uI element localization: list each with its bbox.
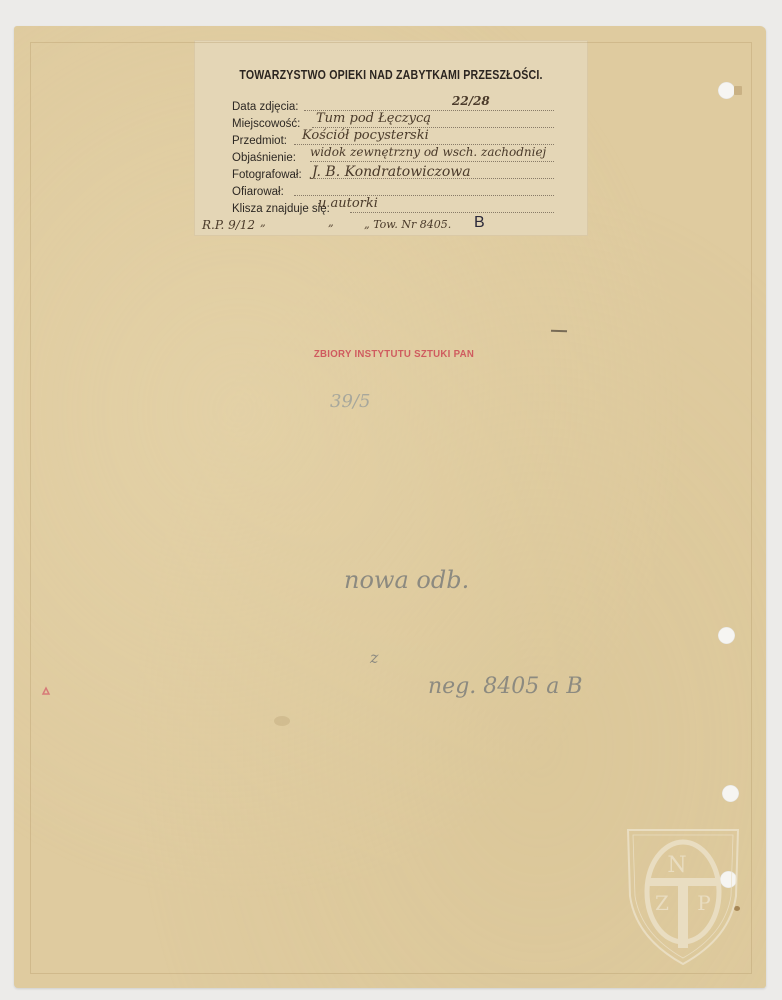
- field-photographer: Fotografował:: [232, 165, 302, 181]
- field-label: Klisza znajduje się:: [232, 203, 330, 215]
- punch-hole: [722, 785, 739, 802]
- field-explanation: Objaśnienie:: [232, 148, 296, 164]
- ditto-mark: „: [260, 216, 266, 229]
- corner-tab: [734, 86, 742, 95]
- pencil-note-new-print: nowa odb.: [344, 566, 469, 594]
- ditto-mark: „: [328, 216, 334, 229]
- svg-text:N: N: [667, 853, 686, 878]
- field-subject: Przedmiot:: [232, 131, 287, 147]
- handwritten-date: 22/28: [452, 94, 490, 108]
- label-title: TOWARZYSTWO OPIEKI NAD ZABYTKAMI PRZESZŁ…: [224, 68, 559, 82]
- field-label: Ofiarował:: [232, 186, 284, 198]
- field-label: Fotografował:: [232, 169, 302, 181]
- field-date: Data zdjęcia:: [232, 97, 298, 113]
- photo-mount-board: TOWARZYSTWO OPIEKI NAD ZABYTKAMI PRZESZŁ…: [14, 26, 766, 988]
- field-label: Data zdjęcia:: [232, 101, 298, 113]
- field-label: Przedmiot:: [232, 135, 287, 147]
- svg-text:Z: Z: [655, 891, 669, 915]
- footer-note: R.P. 9/12: [202, 218, 255, 232]
- svg-text:P: P: [697, 891, 710, 915]
- punch-hole: [718, 627, 735, 644]
- handwritten-photographer: J. B. Kondratowiczowa: [312, 164, 471, 180]
- footer-reference: „ Tow. Nr 8405.: [364, 218, 451, 231]
- punch-hole: [718, 82, 735, 99]
- field-negative: Klisza znajduje się:: [232, 199, 330, 215]
- handwritten-negative-location: u autorki: [318, 196, 378, 211]
- field-location: Miejscowość:: [232, 114, 300, 130]
- society-label: TOWARZYSTWO OPIEKI NAD ZABYTKAMI PRZESZŁ…: [194, 40, 588, 236]
- handwritten-subject: Kościół pocysterski: [302, 128, 429, 143]
- shield-emblem-icon: N Z P: [624, 826, 742, 968]
- handwritten-location: Tum pod Łęczycą: [316, 111, 431, 126]
- red-ink-mark: [41, 686, 51, 696]
- institute-stamp: ZBIORY INSTYTUTU SZTUKI PAN: [302, 348, 486, 360]
- pencil-number: 39/5: [330, 391, 370, 412]
- field-donor: Ofiarował:: [232, 182, 284, 198]
- field-label: Objaśnienie:: [232, 152, 296, 164]
- pencil-note-from: z: [370, 648, 378, 667]
- footer-reference-letter: B: [474, 214, 485, 232]
- handwritten-explanation: widok zewnętrzny od wsch. zachodniej: [310, 145, 546, 159]
- pencil-note-negative: neg. 8405 a B: [428, 674, 583, 699]
- dotted-line: [310, 161, 554, 162]
- field-label: Miejscowość:: [232, 118, 300, 130]
- stain: [274, 716, 290, 726]
- dotted-line: [350, 212, 554, 213]
